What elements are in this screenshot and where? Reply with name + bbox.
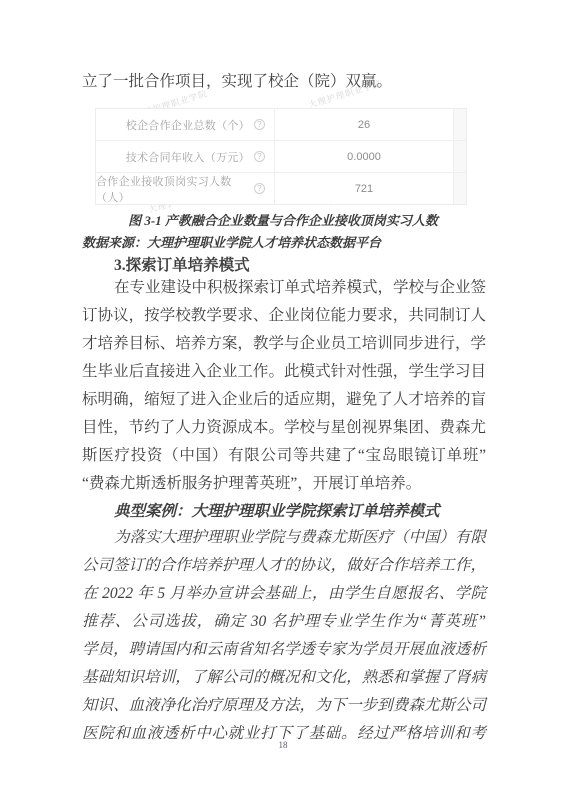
row-label-text: 技术合同年收入（万元）	[126, 149, 250, 165]
paragraph-line: 公司签订的合作培养护理人才的协议，做好合作培养工作，	[82, 552, 486, 580]
paragraph-line: 标明确，缩短了进入企业后的适应期，避免了人才培养的盲	[82, 386, 486, 414]
row-label: 技术合同年收入（万元） ?	[96, 141, 275, 172]
table-cropped-column	[454, 141, 466, 172]
paragraph-line: 知识、血液净化治疗原理及方法，为下一步到费森尤斯公司	[82, 692, 486, 720]
row-label: 合作企业接收顶岗实习人数（人） ?	[96, 173, 275, 204]
table-row: 校企合作企业总数（个） ? 26	[96, 109, 466, 141]
paragraph-line: 在专业建设中积极探索订单式培养模式，学校与企业签	[82, 274, 486, 302]
info-icon: ?	[254, 183, 265, 194]
paragraph-line: 在 2022 年 5 月举办宣讲会基础上，由学生自愿报名、学院	[82, 580, 486, 608]
paragraph-line: 推荐、公司选拔，确定 30 名护理专业学生作为“菁英班”	[82, 608, 486, 636]
case-heading: 典型案例：大理护理职业学院探索订单培养模式	[82, 498, 486, 526]
paragraph-line: 订协议，按学校教学要求、企业岗位能力要求，共同制订人	[82, 302, 486, 330]
paragraph-line: 生毕业后直接进入企业工作。此模式针对性强，学生学习目	[82, 358, 486, 386]
info-icon: ?	[254, 151, 265, 162]
page-number: 18	[0, 740, 566, 750]
paragraph-line: 基础知识培训，了解公司的概况和文化，熟悉和掌握了肾病	[82, 664, 486, 692]
table-row: 技术合同年收入（万元） ? 0.0000	[96, 141, 466, 173]
table-row: 合作企业接收顶岗实习人数（人） ? 721	[96, 173, 466, 204]
paragraph-line: 为落实大理护理职业学院与费森尤斯医疗（中国）有限	[82, 524, 486, 552]
paragraph-line: 才培养目标、培养方案，教学与企业员工培训同步进行，学	[82, 330, 486, 358]
paragraph-line: 学员，聘请国内和云南省知名学透专家为学员开展血液透析	[82, 636, 486, 664]
table-cropped-column	[454, 173, 466, 204]
table-cropped-column	[454, 109, 466, 140]
paragraph-line: 斯医疗投资（中国）有限公司等共建了“宝岛眼镜订单班”	[82, 442, 486, 470]
row-value: 26	[275, 109, 454, 140]
paragraph-line: 目性，节约了人力资源成本。学校与星创视界集团、费森尤	[82, 414, 486, 442]
row-value: 0.0000	[275, 141, 454, 172]
paragraph-line: “费森尤斯透析服务护理菁英班”，开展订单培养。	[82, 470, 486, 498]
row-label-text: 合作企业接收顶岗实习人数（人）	[96, 173, 250, 205]
info-icon: ?	[254, 119, 265, 130]
row-label-text: 校企合作企业总数（个）	[126, 117, 250, 133]
paragraph-case-study: 为落实大理护理职业学院与费森尤斯医疗（中国）有限 公司签订的合作培养护理人才的协…	[82, 524, 486, 748]
figure-3-1: 大理护理职业学院 大理护理职业学院 大理护理职业学院 大理护理职业学院 校企合作…	[95, 90, 471, 218]
row-value: 721	[275, 173, 454, 204]
row-label: 校企合作企业总数（个） ?	[96, 109, 275, 140]
paragraph-order-training: 在专业建设中积极探索订单式培养模式，学校与企业签 订协议，按学校教学要求、企业岗…	[82, 274, 486, 498]
stats-table: 校企合作企业总数（个） ? 26 技术合同年收入（万元） ? 0.0000 合作…	[95, 108, 467, 205]
